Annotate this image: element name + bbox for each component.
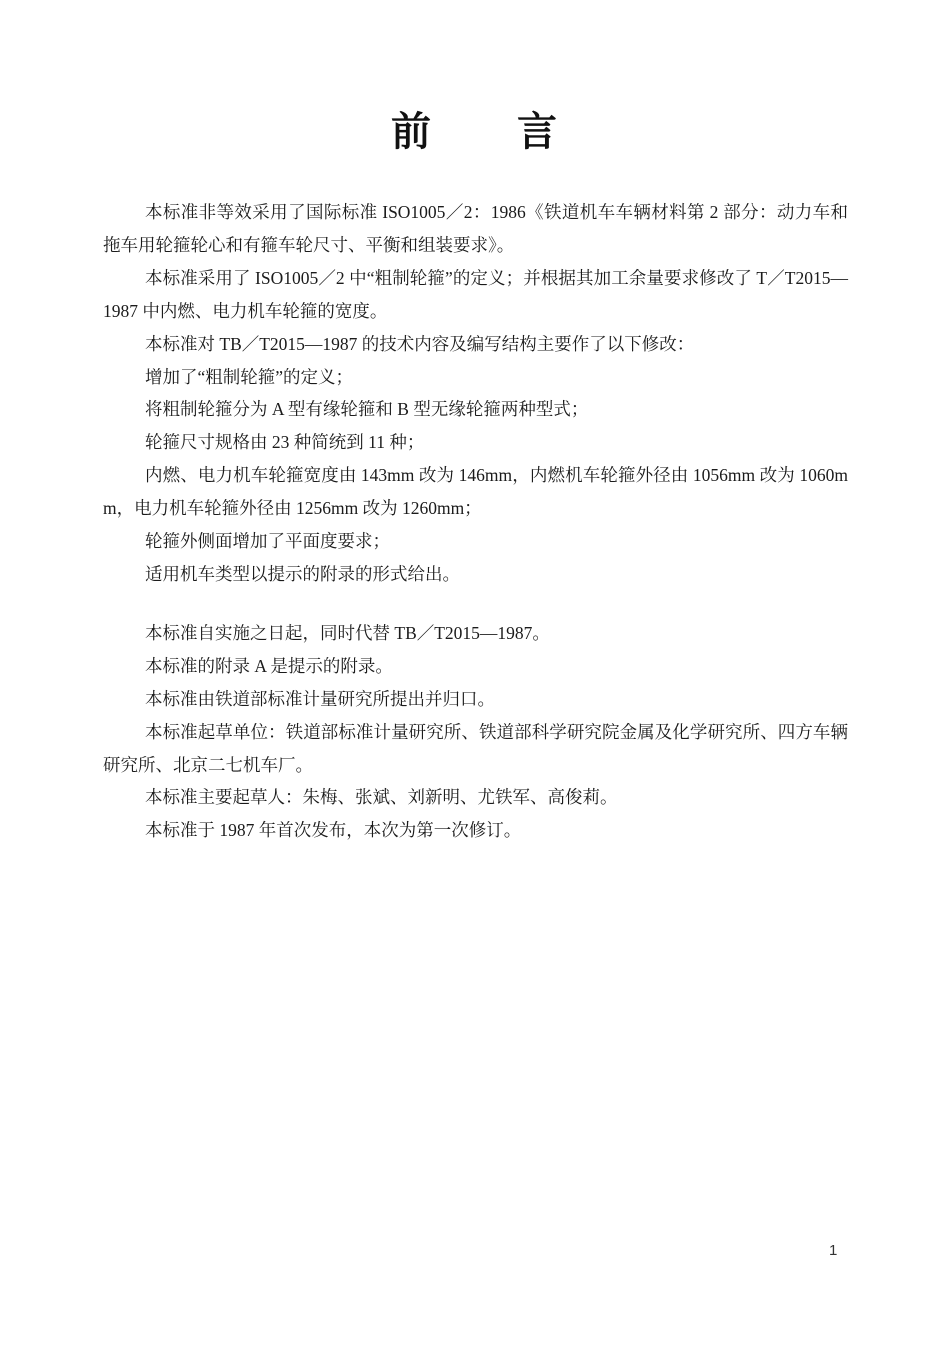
paragraph: 轮箍外侧面增加了平面度要求； <box>103 525 848 558</box>
paragraph: 本标准自实施之日起，同时代替 TB／T2015—1987。 <box>103 617 848 650</box>
paragraph: 增加了“粗制轮箍”的定义； <box>103 361 848 394</box>
paragraph: 本标准对 TB／T2015—1987 的技术内容及编写结构主要作了以下修改： <box>103 328 848 361</box>
paragraph: 本标准采用了 ISO1005／2 中“粗制轮箍”的定义；并根据其加工余量要求修改… <box>103 262 848 328</box>
page-number: 1 <box>829 1242 837 1260</box>
paragraph: 轮箍尺寸规格由 23 种简统到 11 种； <box>103 426 848 459</box>
document-page: 前 言 本标准非等效采用了国际标准 ISO1005／2：1986《铁道机车车辆材… <box>0 0 950 1345</box>
page-title: 前 言 <box>0 112 950 152</box>
document-body: 本标准非等效采用了国际标准 ISO1005／2：1986《铁道机车车辆材料第 2… <box>103 196 848 847</box>
paragraph: 本标准于 1987 年首次发布，本次为第一次修订。 <box>103 814 848 847</box>
paragraph: 本标准由铁道部标准计量研究所提出并归口。 <box>103 683 848 716</box>
paragraph: 适用机车类型以提示的附录的形式给出。 <box>103 558 848 591</box>
paragraph: 将粗制轮箍分为 A 型有缘轮箍和 B 型无缘轮箍两种型式； <box>103 393 848 426</box>
paragraph: 本标准的附录 A 是提示的附录。 <box>103 650 848 683</box>
paragraph: 内燃、电力机车轮箍宽度由 143mm 改为 146mm，内燃机车轮箍外径由 10… <box>103 459 848 525</box>
paragraph: 本标准主要起草人：朱梅、张斌、刘新明、尤铁军、高俊莉。 <box>103 781 848 814</box>
paragraph: 本标准非等效采用了国际标准 ISO1005／2：1986《铁道机车车辆材料第 2… <box>103 196 848 262</box>
paragraph: 本标准起草单位：铁道部标准计量研究所、铁道部科学研究院金属及化学研究所、四方车辆… <box>103 716 848 782</box>
